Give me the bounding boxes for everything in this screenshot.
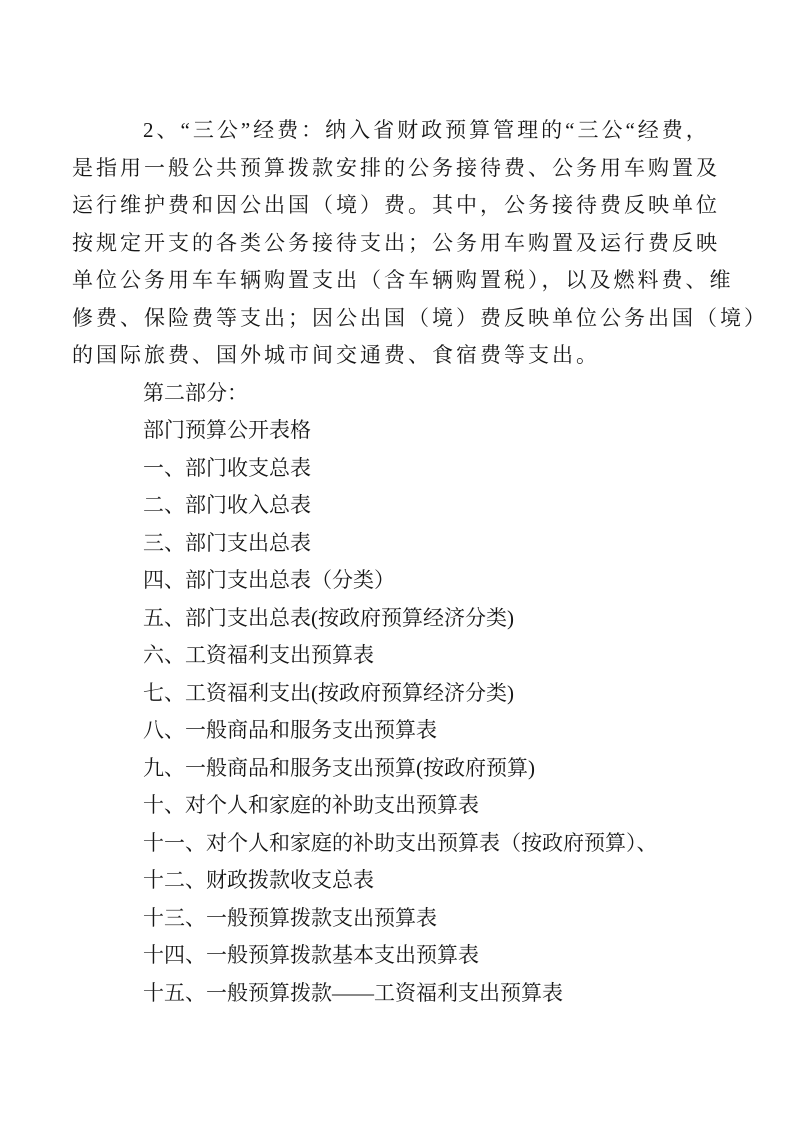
budget-table-list-item: 十、对个人和家庭的补助支出预算表 <box>72 787 722 825</box>
budget-table-list-item: 十一、对个人和家庭的补助支出预算表（按政府预算）、 <box>72 825 722 863</box>
paragraph-line: 运行维护费和因公出国（境）费。其中，公务接待费反映单位 <box>72 187 722 225</box>
budget-table-list-item: 一、部门收支总表 <box>72 450 722 488</box>
budget-table-list-item: 十二、财政拨款收支总表 <box>72 862 722 900</box>
budget-table-list-item: 七、工资福利支出(按政府预算经济分类) <box>72 675 722 713</box>
budget-table-list-item: 二、部门收入总表 <box>72 487 722 525</box>
document-content: 2、“三公”经费：纳入省财政预算管理的“三公“经费， 是指用一般公共预算拨款安排… <box>72 112 722 1012</box>
budget-table-list-item: 九、一般商品和服务支出预算(按政府预算) <box>72 750 722 788</box>
budget-tables-subheading: 部门预算公开表格 <box>72 412 722 450</box>
paragraph-line: 是指用一般公共预算拨款安排的公务接待费、公务用车购置及 <box>72 150 722 188</box>
paragraph-line: 的国际旅费、国外城市间交通费、食宿费等支出。 <box>72 337 722 375</box>
budget-table-list-item: 十四、一般预算拨款基本支出预算表 <box>72 937 722 975</box>
paragraph-line: 按规定开支的各类公务接待支出；公务用车购置及运行费反映 <box>72 225 722 263</box>
paragraph-continuation: 是指用一般公共预算拨款安排的公务接待费、公务用车购置及运行维护费和因公出国（境）… <box>72 150 722 375</box>
paragraph-line: 修费、保险费等支出；因公出国（境）费反映单位公务出国（境） <box>72 300 722 338</box>
budget-table-list-item: 十三、一般预算拨款支出预算表 <box>72 900 722 938</box>
paragraph-first-line: 2、“三公”经费：纳入省财政预算管理的“三公“经费， <box>72 112 722 150</box>
budget-table-list-item: 八、一般商品和服务支出预算表 <box>72 712 722 750</box>
budget-table-list-item: 六、工资福利支出预算表 <box>72 637 722 675</box>
section-part-two-heading: 第二部分： <box>72 375 722 413</box>
budget-table-list: 一、部门收支总表二、部门收入总表三、部门支出总表四、部门支出总表（分类）五、部门… <box>72 450 722 1013</box>
budget-table-list-item: 十五、一般预算拨款——工资福利支出预算表 <box>72 975 722 1013</box>
paragraph-sangong-expenses: 2、“三公”经费：纳入省财政预算管理的“三公“经费， 是指用一般公共预算拨款安排… <box>72 112 722 375</box>
document-page: 2、“三公”经费：纳入省财政预算管理的“三公“经费， 是指用一般公共预算拨款安排… <box>0 0 793 1122</box>
paragraph-line: 单位公务用车车辆购置支出（含车辆购置税），以及燃料费、维 <box>72 262 722 300</box>
budget-table-list-item: 五、部门支出总表(按政府预算经济分类) <box>72 600 722 638</box>
budget-table-list-item: 四、部门支出总表（分类） <box>72 562 722 600</box>
budget-table-list-item: 三、部门支出总表 <box>72 525 722 563</box>
